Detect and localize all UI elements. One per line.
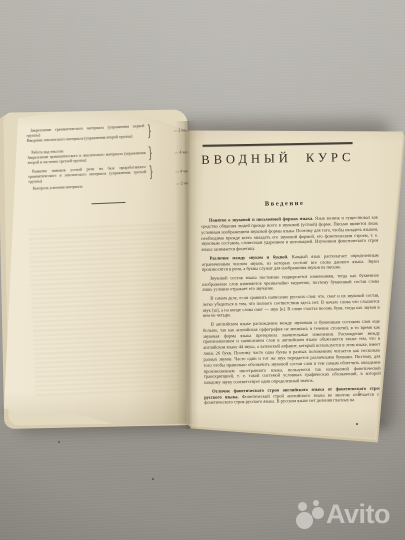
book-right-page: ВВОДНЫЙ КУРС Введение Понятие о звуковой… bbox=[186, 128, 404, 440]
lesson-plan-group: Закрепление грамматического материала (у… bbox=[26, 122, 188, 144]
brace-decoration: } bbox=[148, 164, 153, 181]
avito-logo-icon bbox=[289, 496, 325, 532]
book-left-page: Закрепление грамматического материала (у… bbox=[4, 108, 190, 430]
photo-scene: Закрепление грамматического материала (у… bbox=[0, 0, 405, 540]
plan-hours: — 4 часа bbox=[174, 150, 189, 155]
paragraph: Звуковой состав языка постоянно подверга… bbox=[202, 272, 379, 293]
section-title: Введение bbox=[197, 199, 373, 209]
paragraph: Отличие фонетического строя английского … bbox=[204, 385, 381, 406]
paragraph: Различие между звуком и буквой. Каждый я… bbox=[202, 252, 379, 273]
page-number: 5 bbox=[358, 392, 361, 397]
chapter-title: ВВОДНЫЙ КУРС bbox=[186, 150, 370, 168]
show-through-text bbox=[29, 223, 182, 399]
dust-speck bbox=[58, 441, 60, 443]
paragraph: В английском языке расхождение между зву… bbox=[203, 318, 381, 386]
paragraph: В самом деле, если сравнить написание ру… bbox=[202, 292, 379, 319]
paragraph: Понятие о звуковой и письменной формах я… bbox=[201, 215, 379, 253]
brace-decoration: } bbox=[147, 123, 152, 140]
avito-watermark: Avito bbox=[289, 496, 390, 532]
dust-speck bbox=[356, 423, 358, 425]
lesson-plan-group: Работа над текстом Закрепление грамматич… bbox=[27, 144, 189, 166]
avito-wordmark: Avito bbox=[326, 496, 390, 532]
chapter-head-rule bbox=[203, 142, 353, 147]
body-text-block: Понятие о звуковой и письменной формах я… bbox=[201, 215, 381, 409]
brace-decoration: } bbox=[148, 145, 153, 162]
dust-speck bbox=[152, 478, 154, 480]
section-divider-rule bbox=[92, 202, 126, 204]
